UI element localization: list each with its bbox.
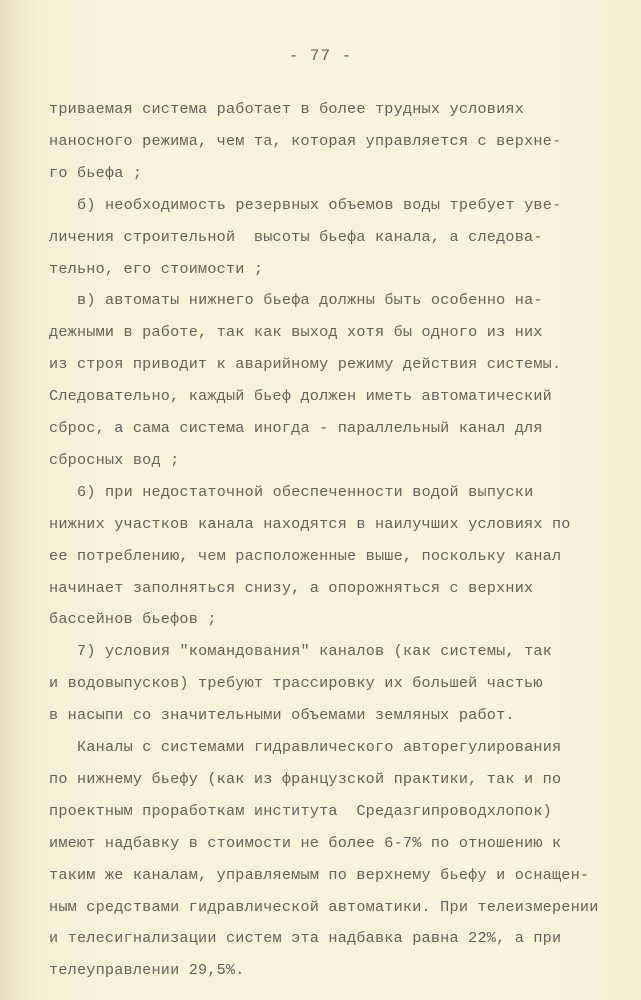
text-line: и телесигнализации систем эта надбавка р… — [49, 929, 561, 947]
text-line: имеют надбавку в стоимости не более 6-7%… — [49, 834, 561, 852]
text-line: 7) условия "командования" каналов (как с… — [77, 642, 552, 660]
text-line: го бьефа ; — [49, 164, 142, 182]
text-line: б) необходимость резервных объемов воды … — [77, 196, 561, 214]
text-line: сбросных вод ; — [49, 451, 179, 469]
text-line: Следовательно, каждый бьеф должен иметь … — [49, 387, 552, 405]
text-line: по нижнему бьефу (как из французской пра… — [49, 770, 561, 788]
text-line: наносного режима, чем та, которая управл… — [49, 132, 561, 150]
text-line: нижних участков канала находятся в наилу… — [49, 515, 571, 533]
text-line: телеуправлении 29,5%. — [49, 961, 245, 979]
text-line: таким же каналам, управляемым по верхнем… — [49, 866, 589, 884]
text-line: 6) при недостаточной обеспеченности водо… — [77, 483, 533, 501]
text-line: триваемая система работает в более трудн… — [49, 100, 524, 118]
text-line: Каналы с системами гидравлического автор… — [77, 738, 561, 756]
text-line: проектным проработкам института Средазги… — [49, 802, 552, 820]
text-line: из строя приводит к аварийному режиму де… — [49, 355, 561, 373]
text-line: начинает заполняться снизу, а опорожнять… — [49, 579, 533, 597]
page-number: - 77 - — [0, 47, 641, 65]
typewritten-page: - 77 - триваемая система работает в боле… — [0, 0, 641, 1000]
text-line: сброс, а сама система иногда - параллель… — [49, 419, 543, 437]
text-line: в насыпи со значительными объемами земля… — [49, 706, 515, 724]
text-line: личения строительной высоты бьефа канала… — [49, 228, 543, 246]
text-line: в) автоматы нижнего бьефа должны быть ос… — [77, 291, 543, 309]
text-line: ее потреблению, чем расположенные выше, … — [49, 547, 561, 565]
text-line: бассейнов бьефов ; — [49, 610, 217, 628]
text-line: ным средствами гидравлической автоматики… — [49, 898, 599, 916]
text-line: дежными в работе, так как выход хотя бы … — [49, 323, 543, 341]
text-line: тельно, его стоимости ; — [49, 260, 263, 278]
text-line: и водовыпусков) требуют трассировку их б… — [49, 674, 543, 692]
